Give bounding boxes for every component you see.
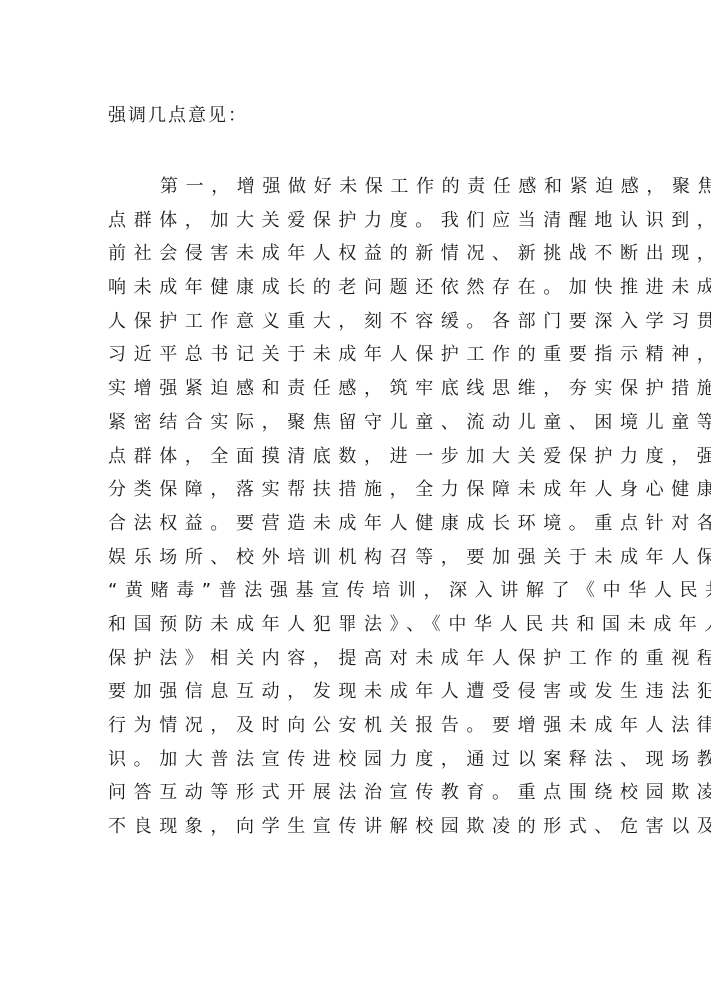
paragraph-line: 实增强紧迫感和责任感，筑牢底线思维，夯实保护措施， (108, 372, 608, 406)
paragraph-line: 第一，增强做好未保工作的责任感和紧迫感，聚焦重 (108, 170, 608, 204)
paragraph-line: 不良现象，向学生宣传讲解校园欺凌的形式、危害以及如 (108, 810, 608, 844)
paragraph-line: 行为情况，及时向公安机关报告。要增强未成年人法律意 (108, 709, 608, 743)
paragraph-line: 合法权益。要营造未成年人健康成长环境。重点针对各类 (108, 507, 608, 541)
paragraph-line: 人保护工作意义重大，刻不容缓。各部门要深入学习贯彻 (108, 305, 608, 339)
intro-line: 强调几点意见： (108, 104, 248, 128)
paragraph-line: 紧密结合实际，聚焦留守儿童、流动儿童、困境儿童等重 (108, 406, 608, 440)
paragraph-line: 习近平总书记关于未成年人保护工作的重要指示精神，切 (108, 338, 608, 372)
paragraph-line: 响未成年健康成长的老问题还依然存在。加快推进未成年 (108, 271, 608, 305)
paragraph-line: 要加强信息互动，发现未成年人遭受侵害或发生违法犯罪 (108, 675, 608, 709)
paragraph-line: 前社会侵害未成年人权益的新情况、新挑战不断出现，影 (108, 237, 608, 271)
paragraph-line: 娱乐场所、校外培训机构召等，要加强关于未成年人保护 (108, 541, 608, 575)
paragraph-line: “黄赌毒”普法强基宣传培训，深入讲解了《中华人民共 (108, 574, 608, 608)
paragraph-line: 和国预防未成年人犯罪法》、《中华人民共和国未成年人 (108, 608, 608, 642)
paragraph-line: 保护法》相关内容，提高对未成年人保护工作的重视程度 (108, 642, 608, 676)
paragraph-line: 识。加大普法宣传进校园力度，通过以案释法、现场教学 (108, 743, 608, 777)
document-page: 强调几点意见： 第一，增强做好未保工作的责任感和紧迫感，聚焦重 点群体，加大关爱… (0, 0, 711, 1006)
paragraph-line: 点群体，全面摸清底数，进一步加大关爱保护力度，强化 (108, 440, 608, 474)
paragraph-line: 分类保障，落实帮扶措施，全力保障未成年人身心健康和 (108, 473, 608, 507)
paragraph-line: 点群体，加大关爱保护力度。我们应当清醒地认识到，当 (108, 204, 608, 238)
paragraph-first: 第一，增强做好未保工作的责任感和紧迫感，聚焦重 点群体，加大关爱保护力度。我们应… (108, 170, 608, 844)
paragraph-line: 问答互动等形式开展法治宣传教育。重点围绕校园欺凌等 (108, 776, 608, 810)
